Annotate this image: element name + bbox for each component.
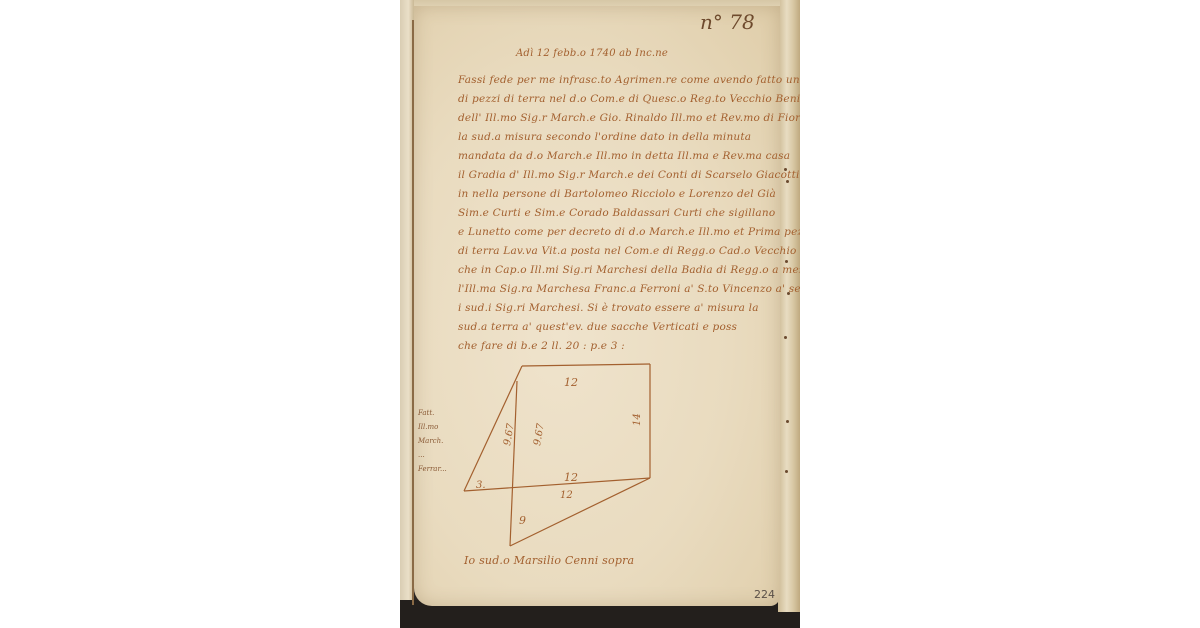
label-left-small: 3. xyxy=(476,480,486,491)
signature: Io sud.o Marsilio Cenni sopra xyxy=(464,554,634,567)
manuscript-page: n° 78 Adì 12 febb.o 1740 ab Inc.ne Fassi… xyxy=(414,6,780,606)
label-top: 12 xyxy=(564,376,578,389)
survey-diagram: 12 12 12 3. 9 9.67 9.67 14 xyxy=(414,6,780,606)
label-interior-bottom: 12 xyxy=(564,471,578,484)
spine-line xyxy=(412,20,414,605)
label-vertical-inner: 9.67 xyxy=(532,422,547,446)
manuscript-viewer: n° 78 Adì 12 febb.o 1740 ab Inc.ne Fassi… xyxy=(400,0,800,628)
right-page-edges xyxy=(778,0,800,612)
label-lower-vertical: 9 xyxy=(519,514,526,527)
page-number: 224 xyxy=(754,588,775,601)
label-right: 14 xyxy=(632,413,643,426)
label-bottom: 12 xyxy=(560,490,573,501)
